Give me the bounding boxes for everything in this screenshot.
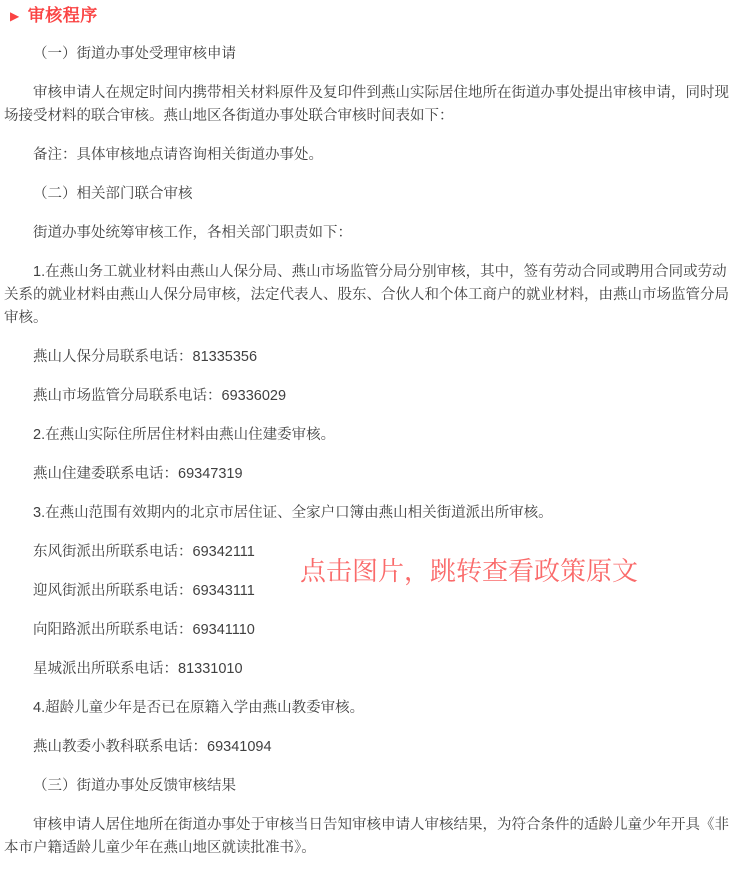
paragraph-item-1-employment: 1.在燕山务工就业材料由燕山人保分局、燕山市场监管分局分别审核，其中，签有劳动合… — [4, 261, 734, 330]
paragraph-item-4-overage-children: 4.超龄儿童少年是否已在原籍入学由燕山教委审核。 — [4, 697, 734, 720]
paragraph-note: 备注：具体审核地点请咨询相关街道办事处。 — [4, 144, 734, 167]
paragraph-item-2-residence: 2.在燕山实际住所居住材料由燕山住建委审核。 — [4, 424, 734, 447]
subsection-heading-2: （二）相关部门联合审核 — [4, 183, 734, 206]
triangle-marker-icon: ▶ — [10, 6, 20, 26]
phone-line-renbao-bureau: 燕山人保分局联系电话：81335356 — [4, 346, 734, 369]
phone-line-xingcheng-station: 星城派出所联系电话：81331010 — [4, 658, 734, 681]
paragraph-responsibilities-intro: 街道办事处统筹审核工作，各相关部门职责如下： — [4, 222, 734, 245]
paragraph-item-3-residence-permit: 3.在燕山范围有效期内的北京市居住证、全家户口簿由燕山相关街道派出所审核。 — [4, 502, 734, 525]
section-title: ▶审核程序 — [4, 6, 734, 27]
phone-line-market-supervision: 燕山市场监管分局联系电话：69336029 — [4, 385, 734, 408]
subsection-heading-3: （三）街道办事处反馈审核结果 — [4, 775, 734, 798]
phone-line-xiangyanglu-station: 向阳路派出所联系电话：69341110 — [4, 619, 734, 642]
subsection-heading-1: （一）街道办事处受理审核申请 — [4, 43, 734, 66]
phone-line-jiaowei-xiaojiaoke: 燕山教委小教科联系电话：69341094 — [4, 736, 734, 759]
policy-article: ▶审核程序 （一）街道办事处受理审核申请 审核申请人在规定时间内携带相关材料原件… — [0, 0, 738, 878]
click-image-caption[interactable]: 点击图片，跳转查看政策原文 — [300, 556, 638, 586]
paragraph-application-process: 审核申请人在规定时间内携带相关材料原件及复印件到燕山实际居住地所在街道办事处提出… — [4, 82, 734, 128]
phone-line-zhujianwei: 燕山住建委联系电话：69347319 — [4, 463, 734, 486]
paragraph-result-feedback: 审核申请人居住地所在街道办事处于审核当日告知审核申请人审核结果，为符合条件的适龄… — [4, 814, 734, 860]
section-title-text: 审核程序 — [28, 6, 98, 25]
